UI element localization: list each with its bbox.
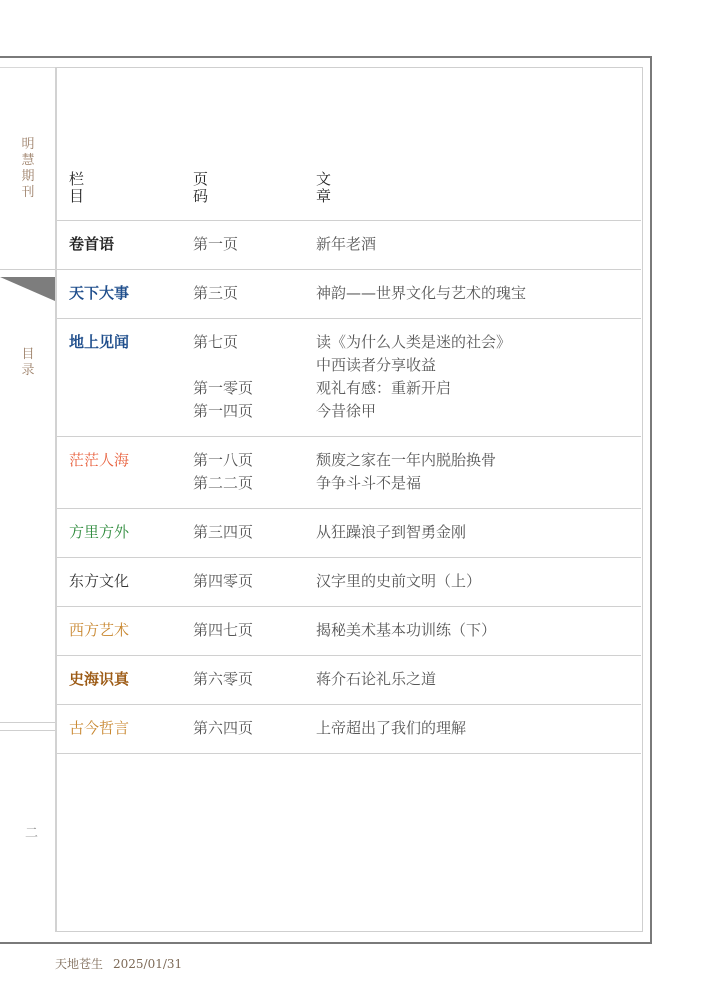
footer: 天地苍生2025/01/31 [55,955,182,972]
table-row: 方里方外 第三四页 从狂躁浪子到智勇金刚 [57,509,641,558]
section-label: 目 录 [20,347,36,379]
page-ref: 第一八页 [193,449,316,472]
divider [0,730,55,731]
page-ref: 第一四页 [193,400,316,423]
category-label: 茫茫人海 [69,449,129,472]
table-row: 西方艺术 第四七页 揭秘美术基本功训练（下） [57,607,641,656]
page-ref: 第四七页 [193,619,316,642]
category-label: 东方文化 [69,570,129,593]
list-item[interactable]: 第三四页 从狂躁浪子到智勇金刚 [193,521,641,544]
article-title[interactable]: 蒋介石论礼乐之道 [316,668,641,691]
page-number: 二 [25,822,38,841]
table-row: 卷首语 第一页 新年老酒 [57,221,641,270]
table-row: 天下大事 第三页 神韵——世界文化与艺术的瑰宝 [57,270,641,319]
divider [0,67,55,68]
table-row: 古今哲言 第六四页 上帝超出了我们的理解 [57,705,641,754]
header-column: 栏 目 [69,171,87,205]
list-item[interactable]: 第六零页 蒋介石论礼乐之道 [193,668,641,691]
page-ref: 第六四页 [193,717,316,740]
decorative-wedge-icon [0,277,55,301]
article-title[interactable]: 揭秘美术基本功训练（下） [316,619,641,642]
divider [0,269,55,270]
article-title[interactable]: 神韵——世界文化与艺术的瑰宝 [316,282,641,305]
article-title[interactable]: 新年老酒 [316,233,641,256]
category-label: 西方艺术 [69,619,129,642]
footer-date: 2025/01/31 [113,957,182,971]
list-item[interactable]: 第一页 新年老酒 [193,233,641,256]
table-row: 茫茫人海 第一八页 颓废之家在一年内脱胎换骨 第二二页 争争斗斗不是福 [57,437,641,509]
divider [0,722,55,723]
category-label: 方里方外 [69,521,129,544]
table-of-contents: 栏 目 页 码 文 章 卷首语 第一页 新年老酒 天下大事 第三页 神韵——世界… [57,68,641,754]
category-label: 卷首语 [69,233,114,256]
list-item[interactable]: 第六四页 上帝超出了我们的理解 [193,717,641,740]
list-item[interactable]: 第四七页 揭秘美术基本功训练（下） [193,619,641,642]
page-ref: 第七页 [193,331,316,377]
table-row: 史海识真 第六零页 蒋介石论礼乐之道 [57,656,641,705]
page-ref: 第二二页 [193,472,316,495]
article-title[interactable]: 今昔徐甲 [316,400,641,423]
category-label: 天下大事 [69,282,129,305]
article-title[interactable]: 中西读者分享收益 [316,354,641,377]
footer-source: 天地苍生 [55,957,103,971]
list-item[interactable]: 第三页 神韵——世界文化与艺术的瑰宝 [193,282,641,305]
list-item[interactable]: 第一零页 观礼有感：重新开启 [193,377,641,400]
page-ref: 第三页 [193,282,316,305]
table-row: 地上见闻 第七页 读《为什么人类是迷的社会》 中西读者分享收益 第一零页 观礼有… [57,319,641,437]
toc-header: 栏 目 页 码 文 章 [57,68,641,221]
article-title[interactable]: 汉字里的史前文明（上） [316,570,641,593]
list-item[interactable]: 第二二页 争争斗斗不是福 [193,472,641,495]
list-item[interactable]: 第四零页 汉字里的史前文明（上） [193,570,641,593]
page-ref: 第六零页 [193,668,316,691]
list-item[interactable]: 第七页 读《为什么人类是迷的社会》 中西读者分享收益 [193,331,641,377]
magazine-name: 明 慧 期 刊 [20,137,36,201]
category-label: 古今哲言 [69,717,129,740]
article-title[interactable]: 读《为什么人类是迷的社会》 [316,331,641,354]
page-ref: 第一零页 [193,377,316,400]
page-ref: 第三四页 [193,521,316,544]
page-ref: 第四零页 [193,570,316,593]
article-title[interactable]: 从狂躁浪子到智勇金刚 [316,521,641,544]
list-item[interactable]: 第一八页 颓废之家在一年内脱胎换骨 [193,449,641,472]
article-title[interactable]: 上帝超出了我们的理解 [316,717,641,740]
article-title[interactable]: 观礼有感：重新开启 [316,377,641,400]
category-label: 地上见闻 [69,331,129,354]
header-article: 文 章 [316,171,334,205]
header-page: 页 码 [193,171,211,205]
article-title[interactable]: 颓废之家在一年内脱胎换骨 [316,449,641,472]
table-row: 东方文化 第四零页 汉字里的史前文明（上） [57,558,641,607]
article-title[interactable]: 争争斗斗不是福 [316,472,641,495]
list-item[interactable]: 第一四页 今昔徐甲 [193,400,641,423]
category-label: 史海识真 [69,668,129,691]
page-ref: 第一页 [193,233,316,256]
